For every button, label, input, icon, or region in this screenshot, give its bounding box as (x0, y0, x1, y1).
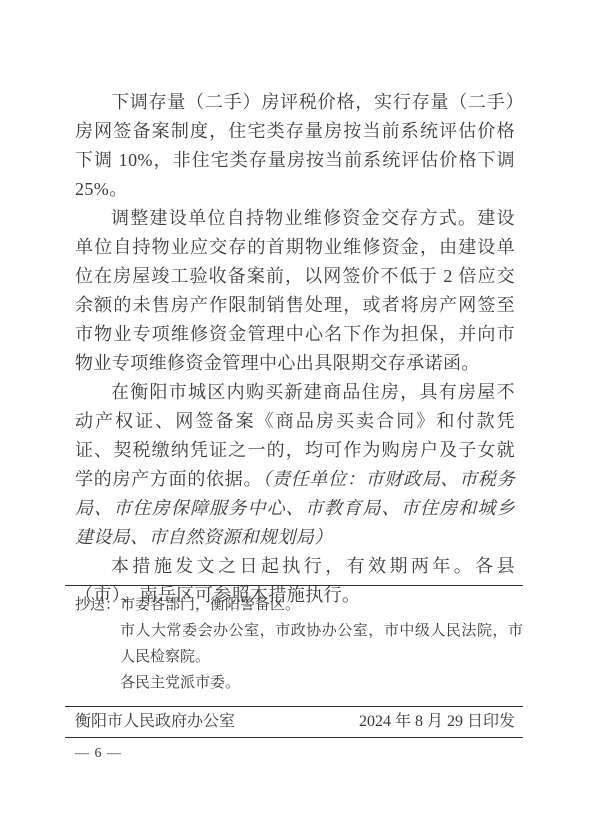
print-date: 2024 年 8 月 29 日印发 (359, 710, 515, 734)
cc-line-1: 抄送： 市委各部门，衡阳警备区。 (75, 592, 523, 618)
cc-line-1-text: 市委各部门，衡阳警备区。 (120, 592, 523, 618)
footer-row: 衡阳市人民政府办公室 2024 年 8 月 29 日印发 (75, 710, 515, 734)
cc-label: 抄送： (75, 592, 120, 618)
footer-separator-bottom (65, 737, 523, 738)
cc-block: 抄送： 市委各部门，衡阳警备区。 市人大常委会办公室，市政协办公室，市中级人民法… (75, 592, 523, 696)
cc-line-3: 各民主党派市委。 (75, 670, 523, 696)
issuing-office: 衡阳市人民政府办公室 (75, 710, 235, 734)
footer-separator-top (65, 706, 523, 707)
page-number: — 6 — (75, 746, 122, 762)
paragraph-maintenance-fund: 调整建设单位自持物业维修资金交存方式。建设单位自持物业应交存的首期物业维修资金，… (75, 204, 515, 378)
cc-separator-top (65, 585, 523, 586)
document-page: 下调存量（二手）房评税价格，实行存量（二手）房网签备案制度，住宅类存量房按当前系… (0, 0, 590, 835)
cc-line-2: 市人大常委会办公室，市政协办公室，市中级人民法院，市人民检察院。 (75, 618, 523, 670)
paragraph-price-adjustment: 下调存量（二手）房评税价格，实行存量（二手）房网签备案制度，住宅类存量房按当前系… (75, 88, 515, 204)
document-body: 下调存量（二手）房评税价格，实行存量（二手）房网签备案制度，住宅类存量房按当前系… (75, 88, 515, 610)
paragraph-schooling-basis: 在衡阳市城区内购买新建商品住房，具有房屋不动产权证、网签备案《商品房买卖合同》和… (75, 378, 515, 552)
